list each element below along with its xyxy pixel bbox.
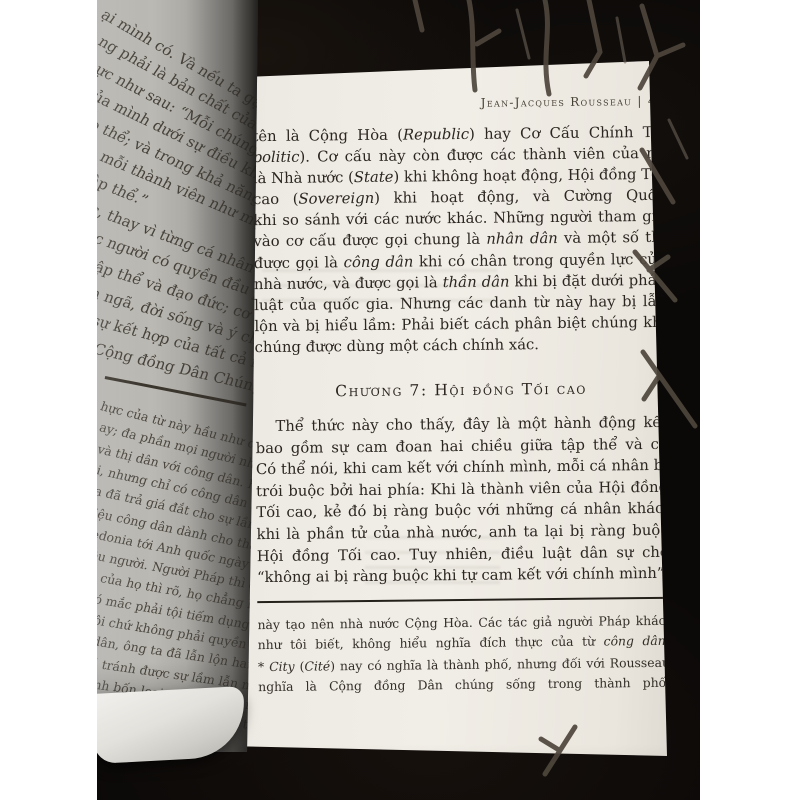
- paragraph-1: tên là Cộng Hòa (Republic) hay Cơ Cấu Ch…: [252, 122, 666, 358]
- header-divider: |: [637, 94, 642, 108]
- body-line: “không ai bị ràng buộc khi tự cam kết vớ…: [257, 563, 669, 589]
- body-line: chúng được dùng một cách chính xác.: [255, 333, 667, 358]
- header-page-number: 47: [648, 94, 664, 108]
- footnote-line: nghĩa là Cộng đồng Dân chúng sống trong …: [258, 673, 670, 697]
- footnote-rule: [257, 597, 669, 604]
- left-page: ại mình có. Và nếu ta gạt bng phải là bả…: [97, 0, 258, 752]
- body-line: lộn và bị hiểu lầm: Phải biết cách phân …: [254, 312, 666, 337]
- footnote-line: như tôi biết, không hiểu nghĩa đích thực…: [258, 631, 670, 655]
- header-author: Jean-Jacques Rousseau: [481, 94, 633, 110]
- right-page-content: Jean-Jacques Rousseau | 47 tên là Cộng H…: [252, 94, 670, 697]
- screenshot: Jean-Jacques Rousseau | 47 tên là Cộng H…: [0, 0, 800, 800]
- running-header: Jean-Jacques Rousseau | 47: [252, 94, 664, 113]
- footnote-1: này tạo nên nhà nước Cộng Hòa. Các tác g…: [257, 611, 669, 654]
- book-photo: Jean-Jacques Rousseau | 47 tên là Cộng H…: [97, 0, 700, 800]
- paragraph-2: Thể thức này cho thấy, đây là một hành đ…: [255, 412, 669, 589]
- page-curl: [97, 686, 247, 764]
- chapter-heading: Chương 7: Hội đồng Tối cao: [255, 378, 667, 402]
- footnote-2: * City (Cité) nay có nghĩa là thành phố,…: [258, 653, 670, 696]
